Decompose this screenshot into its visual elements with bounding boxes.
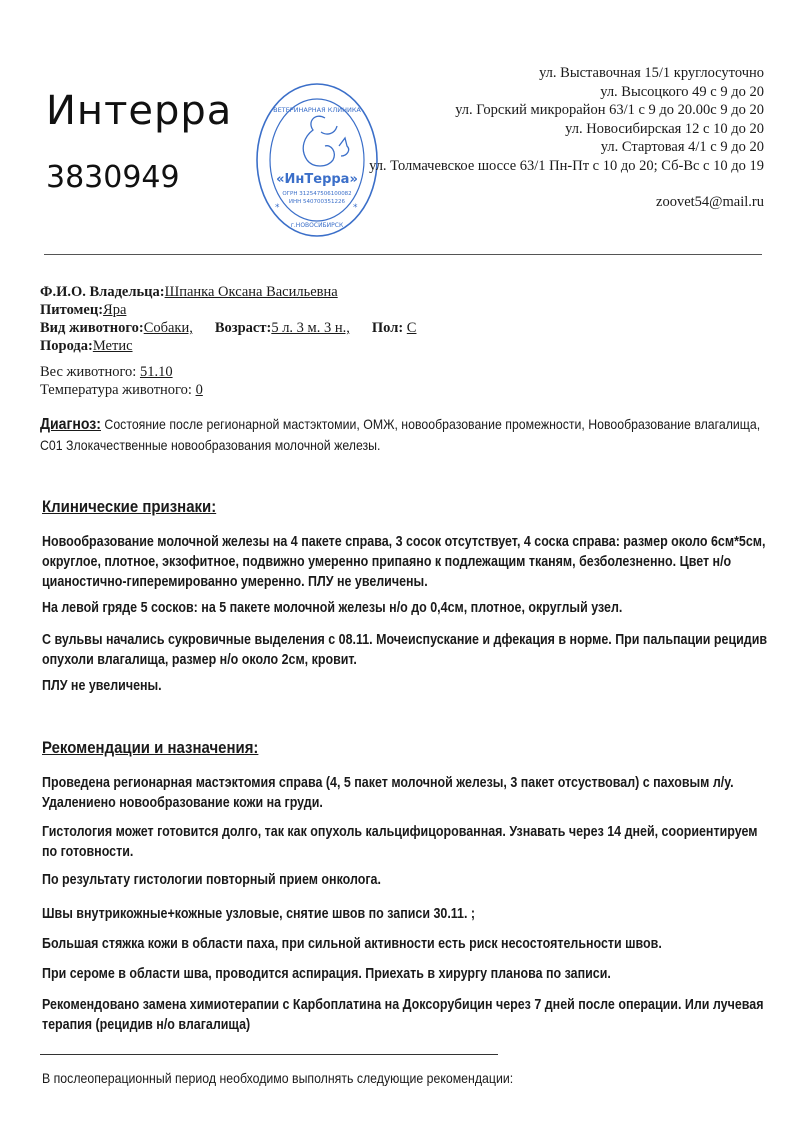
recommendation-paragraph: Большая стяжка кожи в области паха, при … [42,934,773,954]
temperature-row: Температура животного: 0 [40,381,203,399]
svg-text:*: * [353,203,358,213]
clinic-email: zoovet54@mail.ru [656,194,764,211]
pet-row: Питомец:Яра [40,301,416,319]
species-row: Вид животного:Собаки,Возраст:5 л. 3 м. 3… [40,319,416,337]
weight-label: Вес животного: [40,364,136,380]
address-line: ул. Выставочная 15/1 круглосуточно [369,64,764,83]
owner-label: Ф.И.О. Владельца: [40,284,165,300]
address-line: ул. Высоцкого 49 с 9 до 20 [369,83,764,102]
pet-label: Питомец: [40,302,103,318]
address-line: ул. Толмачевское шоссе 63/1 Пн-Пт с 10 д… [369,157,764,176]
diagnosis-text: Состояние после регионарной мастэктомии,… [40,416,760,453]
recommendation-paragraph: При сероме в области шва, проводится асп… [42,964,773,984]
clinical-paragraph: Новообразование молочной железы на 4 пак… [42,532,773,592]
header-divider [44,254,762,255]
recommendation-paragraph: Гистология может готовится долго, так ка… [42,822,773,862]
clinic-brand-name: Интерра [46,88,232,134]
age-value: 5 л. 3 м. 3 н., [271,320,350,336]
species-label: Вид животного: [40,320,144,336]
address-line: ул. Новосибирская 12 с 10 до 20 [369,120,764,139]
temperature-value: 0 [196,382,203,398]
owner-row: Ф.И.О. Владельца:Шпанка Оксана Васильевн… [40,283,416,301]
recommendation-paragraph: Проведена регионарная мастэктомия справа… [42,773,773,813]
svg-text:ВЕТЕРИНАРНАЯ КЛИНИКА: ВЕТЕРИНАРНАЯ КЛИНИКА [273,106,361,114]
stamp-seal-icon: «ИнТерра» ОГРН 312547506100082 ИНН 54070… [255,82,379,238]
breed-row: Порода:Метис [40,337,416,355]
owner-value: Шпанка Оксана Васильевна [165,284,338,300]
svg-text:ОГРН 312547506100082: ОГРН 312547506100082 [282,191,351,197]
clinic-stamp: «ИнТерра» ОГРН 312547506100082 ИНН 54070… [255,82,379,238]
diagnosis-label: Диагноз: [40,416,101,433]
breed-value: Метис [93,338,133,354]
svg-text:ИНН 540700351226: ИНН 540700351226 [289,199,346,205]
weight-value: 51.10 [140,364,173,380]
stamp-clinic-name: «ИнТерра» [276,172,358,187]
address-line: ул. Горский микрорайон 63/1 с 9 до 20.00… [369,101,764,120]
recommendation-paragraph: Швы внутрикожные+кожные узловые, снятие … [42,904,773,924]
recommendations-title: Рекомендации и назначения: [42,738,258,758]
postop-note: В послеоперационный период необходимо вы… [42,1070,658,1086]
species-value: Собаки, [144,320,193,336]
recommendation-paragraph: По результату гистологии повторный прием… [42,870,773,890]
pet-value: Яра [103,302,126,318]
age-label: Возраст: [215,320,271,336]
clinical-paragraph: ПЛУ не увеличены. [42,676,773,696]
address-line: ул. Стартовая 4/1 с 9 до 20 [369,138,764,157]
footer-divider [40,1054,498,1055]
clinical-signs-title: Клинические признаки: [42,497,216,517]
svg-text:*: * [275,203,280,213]
breed-label: Порода: [40,338,93,354]
patient-vitals: Вес животного: 51.10 Температура животно… [40,363,203,399]
patient-info: Ф.И.О. Владельца:Шпанка Оксана Васильевн… [40,283,416,355]
clinical-paragraph: С вульвы начались сукровичные выделения … [42,630,773,670]
clinic-addresses: ул. Выставочная 15/1 круглосуточно ул. В… [369,64,764,175]
sex-label: Пол: [372,320,403,336]
svg-text:г.НОВОСИБИРСК: г.НОВОСИБИРСК [291,222,344,229]
clinic-phone: 3830949 [46,160,180,195]
diagnosis: Диагноз: Состояние после регионарной мас… [40,414,770,455]
weight-row: Вес животного: 51.10 [40,363,203,381]
clinical-paragraph: На левой гряде 5 сосков: на 5 пакете мол… [42,598,773,618]
temperature-label: Температура животного: [40,382,192,398]
sex-value: С [407,320,417,336]
recommendation-paragraph: Рекомендовано замена химиотерапии с Карб… [42,995,773,1035]
